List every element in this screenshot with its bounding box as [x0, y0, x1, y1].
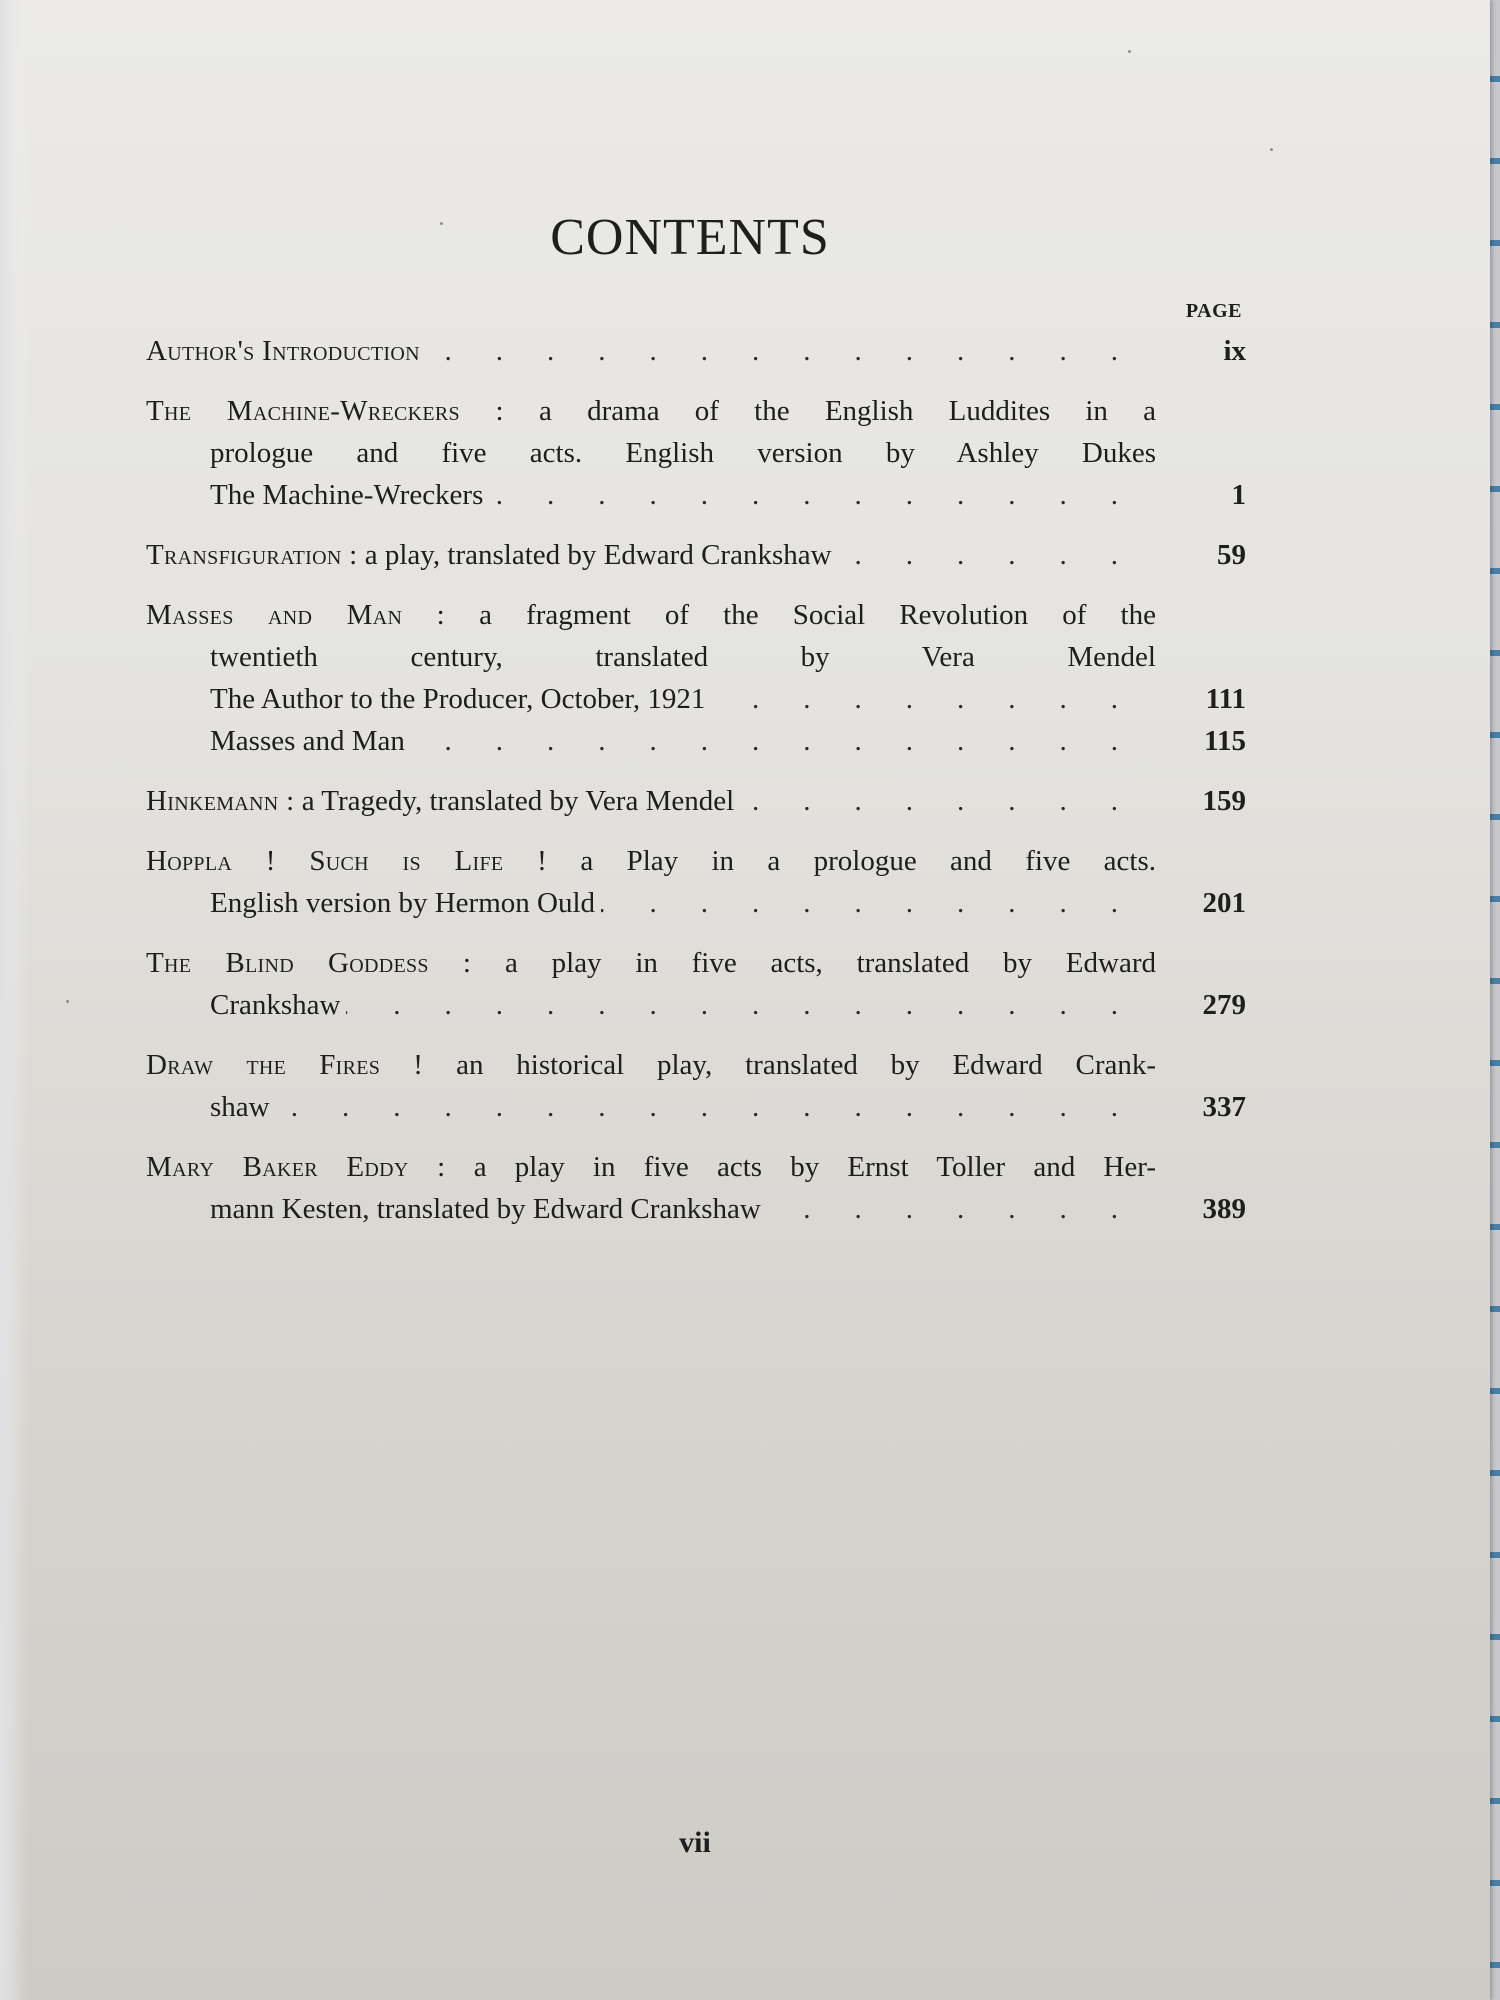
toc-line-text: Hinkemann : a Tragedy, translated by Ver… [146, 780, 734, 822]
toc-work-title: Mary Baker Eddy : [146, 1151, 446, 1183]
toc-description: a Play in a prologue and five acts. [547, 845, 1156, 877]
toc-line: Hoppla ! Such is Life ! a Play in a prol… [146, 840, 1246, 882]
toc-work-title: The Blind Goddess : [146, 947, 471, 979]
toc-entry: Masses and Man : a fragment of the Socia… [146, 594, 1246, 762]
toc-line: shaw....................................… [146, 1086, 1246, 1128]
toc-line: mann Kesten, translated by Edward Cranks… [146, 1188, 1246, 1230]
toc-work-title: Hinkemann : [146, 785, 294, 817]
toc-work-title: Transfiguration : [146, 539, 357, 571]
toc-line: twentieth century, translated by Vera Me… [146, 636, 1246, 678]
toc-line-text: Masses and Man [210, 720, 405, 762]
toc-line: Author's Introduction...................… [146, 330, 1246, 372]
toc-page-number: 159 [1168, 780, 1246, 822]
toc-line-text: Author's Introduction [146, 330, 420, 372]
toc-line-text: Transfiguration : a play, translated by … [146, 534, 832, 576]
toc-work-title: The Machine-Wreckers : [146, 395, 504, 427]
toc-line-text: The Machine-Wreckers [210, 474, 483, 516]
toc-line-text: shaw [210, 1086, 270, 1128]
book-page: CONTENTS PAGE Author's Introduction.....… [0, 0, 1490, 2000]
dot-leader: ........................................ [489, 474, 1162, 516]
dot-leader: ........................................ [838, 534, 1162, 576]
toc-description: an historical play, translated by Edward… [423, 1049, 1156, 1081]
toc-line-text: Hoppla ! Such is Life ! a Play in a prol… [146, 840, 1156, 882]
toc-line: Mary Baker Eddy : a play in five acts by… [146, 1146, 1246, 1188]
toc-entry: The Machine-Wreckers : a drama of the En… [146, 390, 1246, 516]
toc-work-title: Draw the Fires ! [146, 1049, 423, 1081]
toc-line: Draw the Fires ! an historical play, tra… [146, 1044, 1246, 1086]
table-of-contents: Author's Introduction...................… [146, 330, 1246, 1248]
toc-work-title: Author's Introduction [146, 335, 420, 367]
toc-entry: The Blind Goddess : a play in five acts,… [146, 942, 1246, 1026]
toc-line: Masses and Man : a fragment of the Socia… [146, 594, 1246, 636]
paper-speck [66, 1000, 69, 1003]
toc-description: Crankshaw [210, 989, 340, 1021]
toc-line: Masses and Man..........................… [146, 720, 1246, 762]
toc-page-number: ix [1168, 330, 1246, 372]
dot-leader: ........................................ [426, 330, 1162, 372]
toc-description: a fragment of the Social Revolution of t… [445, 599, 1156, 631]
toc-entry: Draw the Fires ! an historical play, tra… [146, 1044, 1246, 1128]
toc-description: twentieth century, translated by Vera Me… [210, 641, 1156, 673]
paper-speck [440, 222, 443, 225]
page-number-folio: vii [0, 1826, 1390, 1860]
toc-page-number: 59 [1168, 534, 1246, 576]
toc-description: shaw [210, 1091, 270, 1123]
dot-leader: ........................................ [740, 780, 1162, 822]
toc-description: English version by Hermon Ould [210, 887, 595, 919]
toc-description: The Author to the Producer, October, 192… [210, 683, 705, 715]
toc-description: a drama of the English Luddites in a [504, 395, 1156, 427]
toc-line: Hinkemann : a Tragedy, translated by Ver… [146, 780, 1246, 822]
dot-leader: ........................................ [346, 984, 1162, 1026]
toc-description: a Tragedy, translated by Vera Mendel [294, 785, 734, 817]
toc-page-number: 389 [1168, 1188, 1246, 1230]
toc-description: a play in five acts, translated by Edwar… [471, 947, 1156, 979]
toc-line: prologue and five acts. English version … [146, 432, 1246, 474]
dot-leader: ........................................ [767, 1188, 1162, 1230]
toc-page-number: 111 [1168, 678, 1246, 720]
toc-line-text: prologue and five acts. English version … [210, 432, 1156, 474]
toc-line-text: Crankshaw [210, 984, 340, 1026]
toc-page-number: 279 [1168, 984, 1246, 1026]
toc-description: Masses and Man [210, 725, 405, 757]
toc-work-title: Hoppla ! Such is Life ! [146, 845, 547, 877]
toc-line: Transfiguration : a play, translated by … [146, 534, 1246, 576]
toc-description: a play in five acts by Ernst Toller and … [446, 1151, 1156, 1183]
toc-line: English version by Hermon Ould..........… [146, 882, 1246, 924]
toc-line: The Blind Goddess : a play in five acts,… [146, 942, 1246, 984]
paper-speck [1270, 148, 1273, 151]
toc-entry: Hoppla ! Such is Life ! a Play in a prol… [146, 840, 1246, 924]
toc-line-text: Mary Baker Eddy : a play in five acts by… [146, 1146, 1156, 1188]
paper-speck [1128, 50, 1131, 53]
dot-leader: ........................................ [711, 678, 1162, 720]
toc-entry: Mary Baker Eddy : a play in five acts by… [146, 1146, 1246, 1230]
toc-page-number: 115 [1168, 720, 1246, 762]
toc-entry: Hinkemann : a Tragedy, translated by Ver… [146, 780, 1246, 822]
toc-line-text: The Machine-Wreckers : a drama of the En… [146, 390, 1156, 432]
toc-description: mann Kesten, translated by Edward Cranks… [210, 1193, 761, 1225]
toc-page-number: 337 [1168, 1086, 1246, 1128]
page-title: CONTENTS [0, 208, 1380, 267]
toc-description: prologue and five acts. English version … [210, 437, 1156, 469]
toc-line-text: Masses and Man : a fragment of the Socia… [146, 594, 1156, 636]
toc-entry: Author's Introduction...................… [146, 330, 1246, 372]
toc-line-text: Draw the Fires ! an historical play, tra… [146, 1044, 1156, 1086]
toc-line-text: English version by Hermon Ould [210, 882, 595, 924]
toc-line: The Author to the Producer, October, 192… [146, 678, 1246, 720]
toc-line-text: The Author to the Producer, October, 192… [210, 678, 705, 720]
toc-page-number: 201 [1168, 882, 1246, 924]
toc-line: The Machine-Wreckers : a drama of the En… [146, 390, 1246, 432]
toc-line: The Machine-Wreckers....................… [146, 474, 1246, 516]
toc-entry: Transfiguration : a play, translated by … [146, 534, 1246, 576]
toc-page-number: 1 [1168, 474, 1246, 516]
dot-leader: ........................................ [411, 720, 1162, 762]
toc-description: a play, translated by Edward Crankshaw [357, 539, 831, 571]
toc-line-text: twentieth century, translated by Vera Me… [210, 636, 1156, 678]
toc-description: The Machine-Wreckers [210, 479, 483, 511]
page-column-label: PAGE [1160, 300, 1242, 323]
dot-leader: ........................................ [601, 882, 1162, 924]
toc-line-text: The Blind Goddess : a play in five acts,… [146, 942, 1156, 984]
toc-line: Crankshaw...............................… [146, 984, 1246, 1026]
dot-leader: ........................................ [276, 1086, 1162, 1128]
toc-work-title: Masses and Man : [146, 599, 445, 631]
toc-line-text: mann Kesten, translated by Edward Cranks… [210, 1188, 761, 1230]
